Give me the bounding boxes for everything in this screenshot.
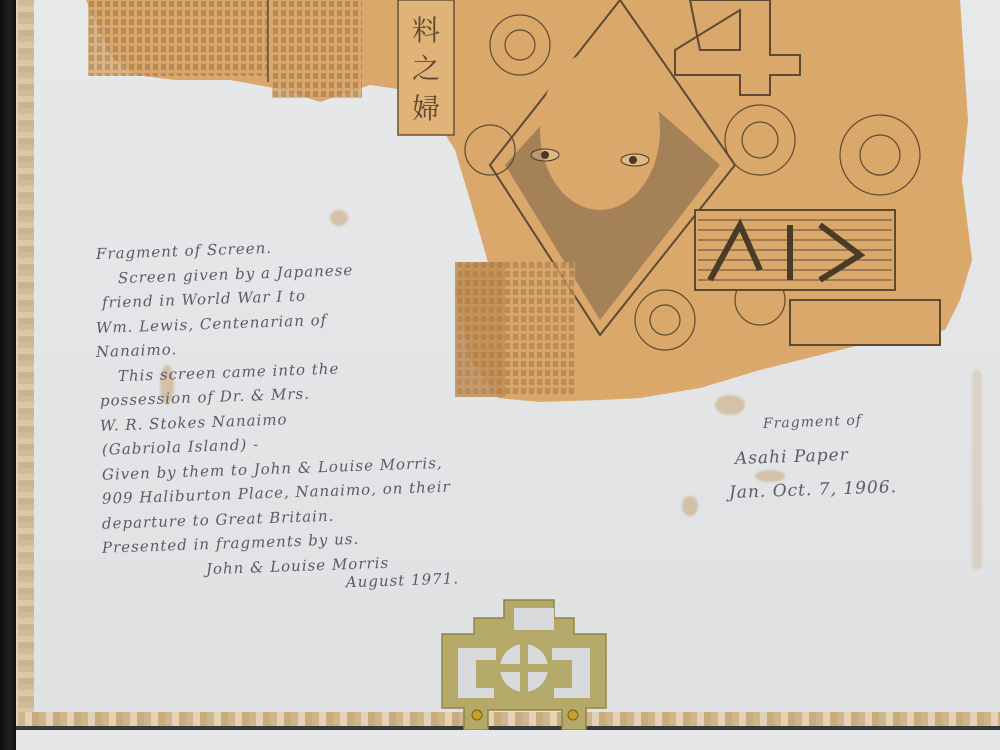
screw-icon	[568, 710, 578, 720]
brass-bracket	[436, 598, 612, 730]
screw-icon	[472, 710, 482, 720]
svg-text:婦: 婦	[412, 92, 440, 125]
fragment-label-note: Fragment of Asahi Paper Jan. Oct. 7, 190…	[735, 408, 897, 510]
floor-surface	[0, 730, 1000, 750]
svg-text:之: 之	[412, 52, 440, 85]
note-line: Jan. Oct. 7, 1906.	[728, 470, 897, 510]
note-line: Fragment of	[734, 402, 897, 442]
provenance-note: Fragment of Screen. Screen given by a Ja…	[96, 242, 459, 604]
water-stain	[330, 210, 348, 226]
water-stain	[682, 496, 698, 516]
water-stain	[972, 370, 982, 570]
svg-text:料: 料	[412, 14, 440, 47]
